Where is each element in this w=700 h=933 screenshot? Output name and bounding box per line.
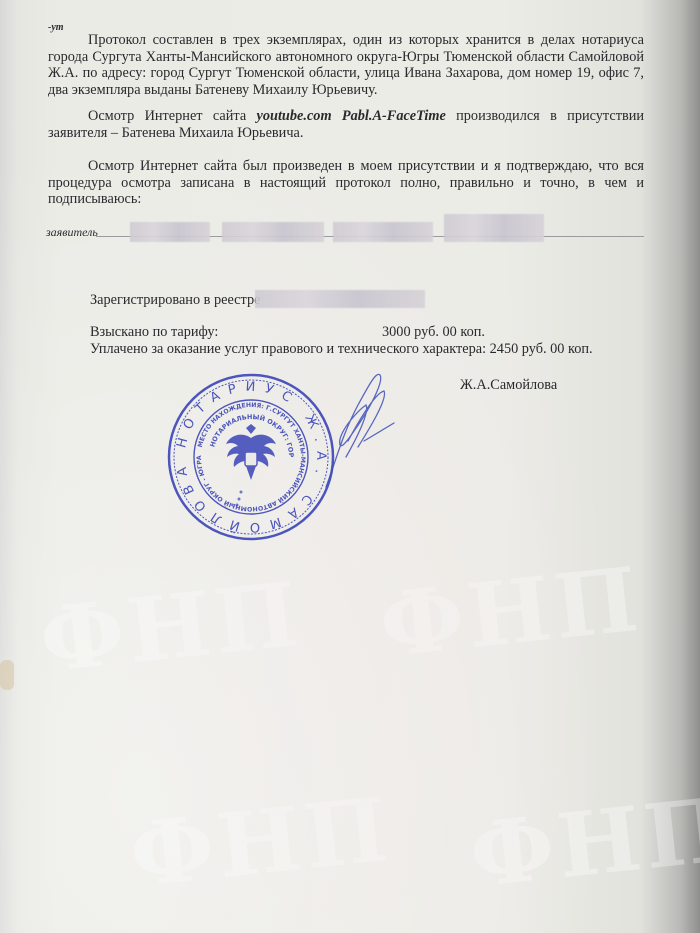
handwritten-signature [318,365,398,495]
paragraph-confirmation-text: Осмотр Интернет сайта был произведен в м… [48,158,644,207]
coat-of-arms-icon [226,424,276,480]
registry-label: Зарегистрировано в реестре [90,292,260,308]
paragraph-inspection: Осмотр Интернет сайта youtube.com Pabl.A… [48,108,644,141]
paragraph-copies-text: Протокол составлен в трех экземплярах, о… [48,32,644,98]
redacted-block [130,222,210,242]
redacted-block [444,214,544,242]
applicant-label: заявитель [46,224,98,240]
redacted-registry-number [255,290,425,308]
paragraph-confirmation: Осмотр Интернет сайта был произведен в м… [48,158,644,208]
paper-stain [0,660,14,690]
tariff-amount: 3000 руб. 00 коп. [382,324,485,340]
tariff-label: Взыскано по тарифу: [90,324,218,340]
document-page: ФНП ФНП ФНП ФНП -ут Протокол составлен в… [0,0,700,933]
paragraph-inspection-text: Осмотр Интернет сайта [88,108,257,124]
notary-name: Ж.А.Самойлова [460,377,557,393]
notary-stamp: НОТАРИУС Ж.А. САМОЙЛОВА МЕСТО НАХОЖДЕНИЯ… [166,372,336,542]
watermark: ФНП [35,562,306,693]
services-payment-line: Уплачено за оказание услуг правового и т… [90,341,593,357]
watermark: ФНП [375,547,646,678]
watermark: ФНП [465,777,700,908]
watermark: ФНП [125,777,396,908]
redacted-block [222,222,324,242]
redacted-block [333,222,433,242]
paragraph-copies: Протокол составлен в трех экземплярах, о… [48,32,644,98]
website-name: youtube.com Pabl.A-FaceTime [257,108,446,124]
